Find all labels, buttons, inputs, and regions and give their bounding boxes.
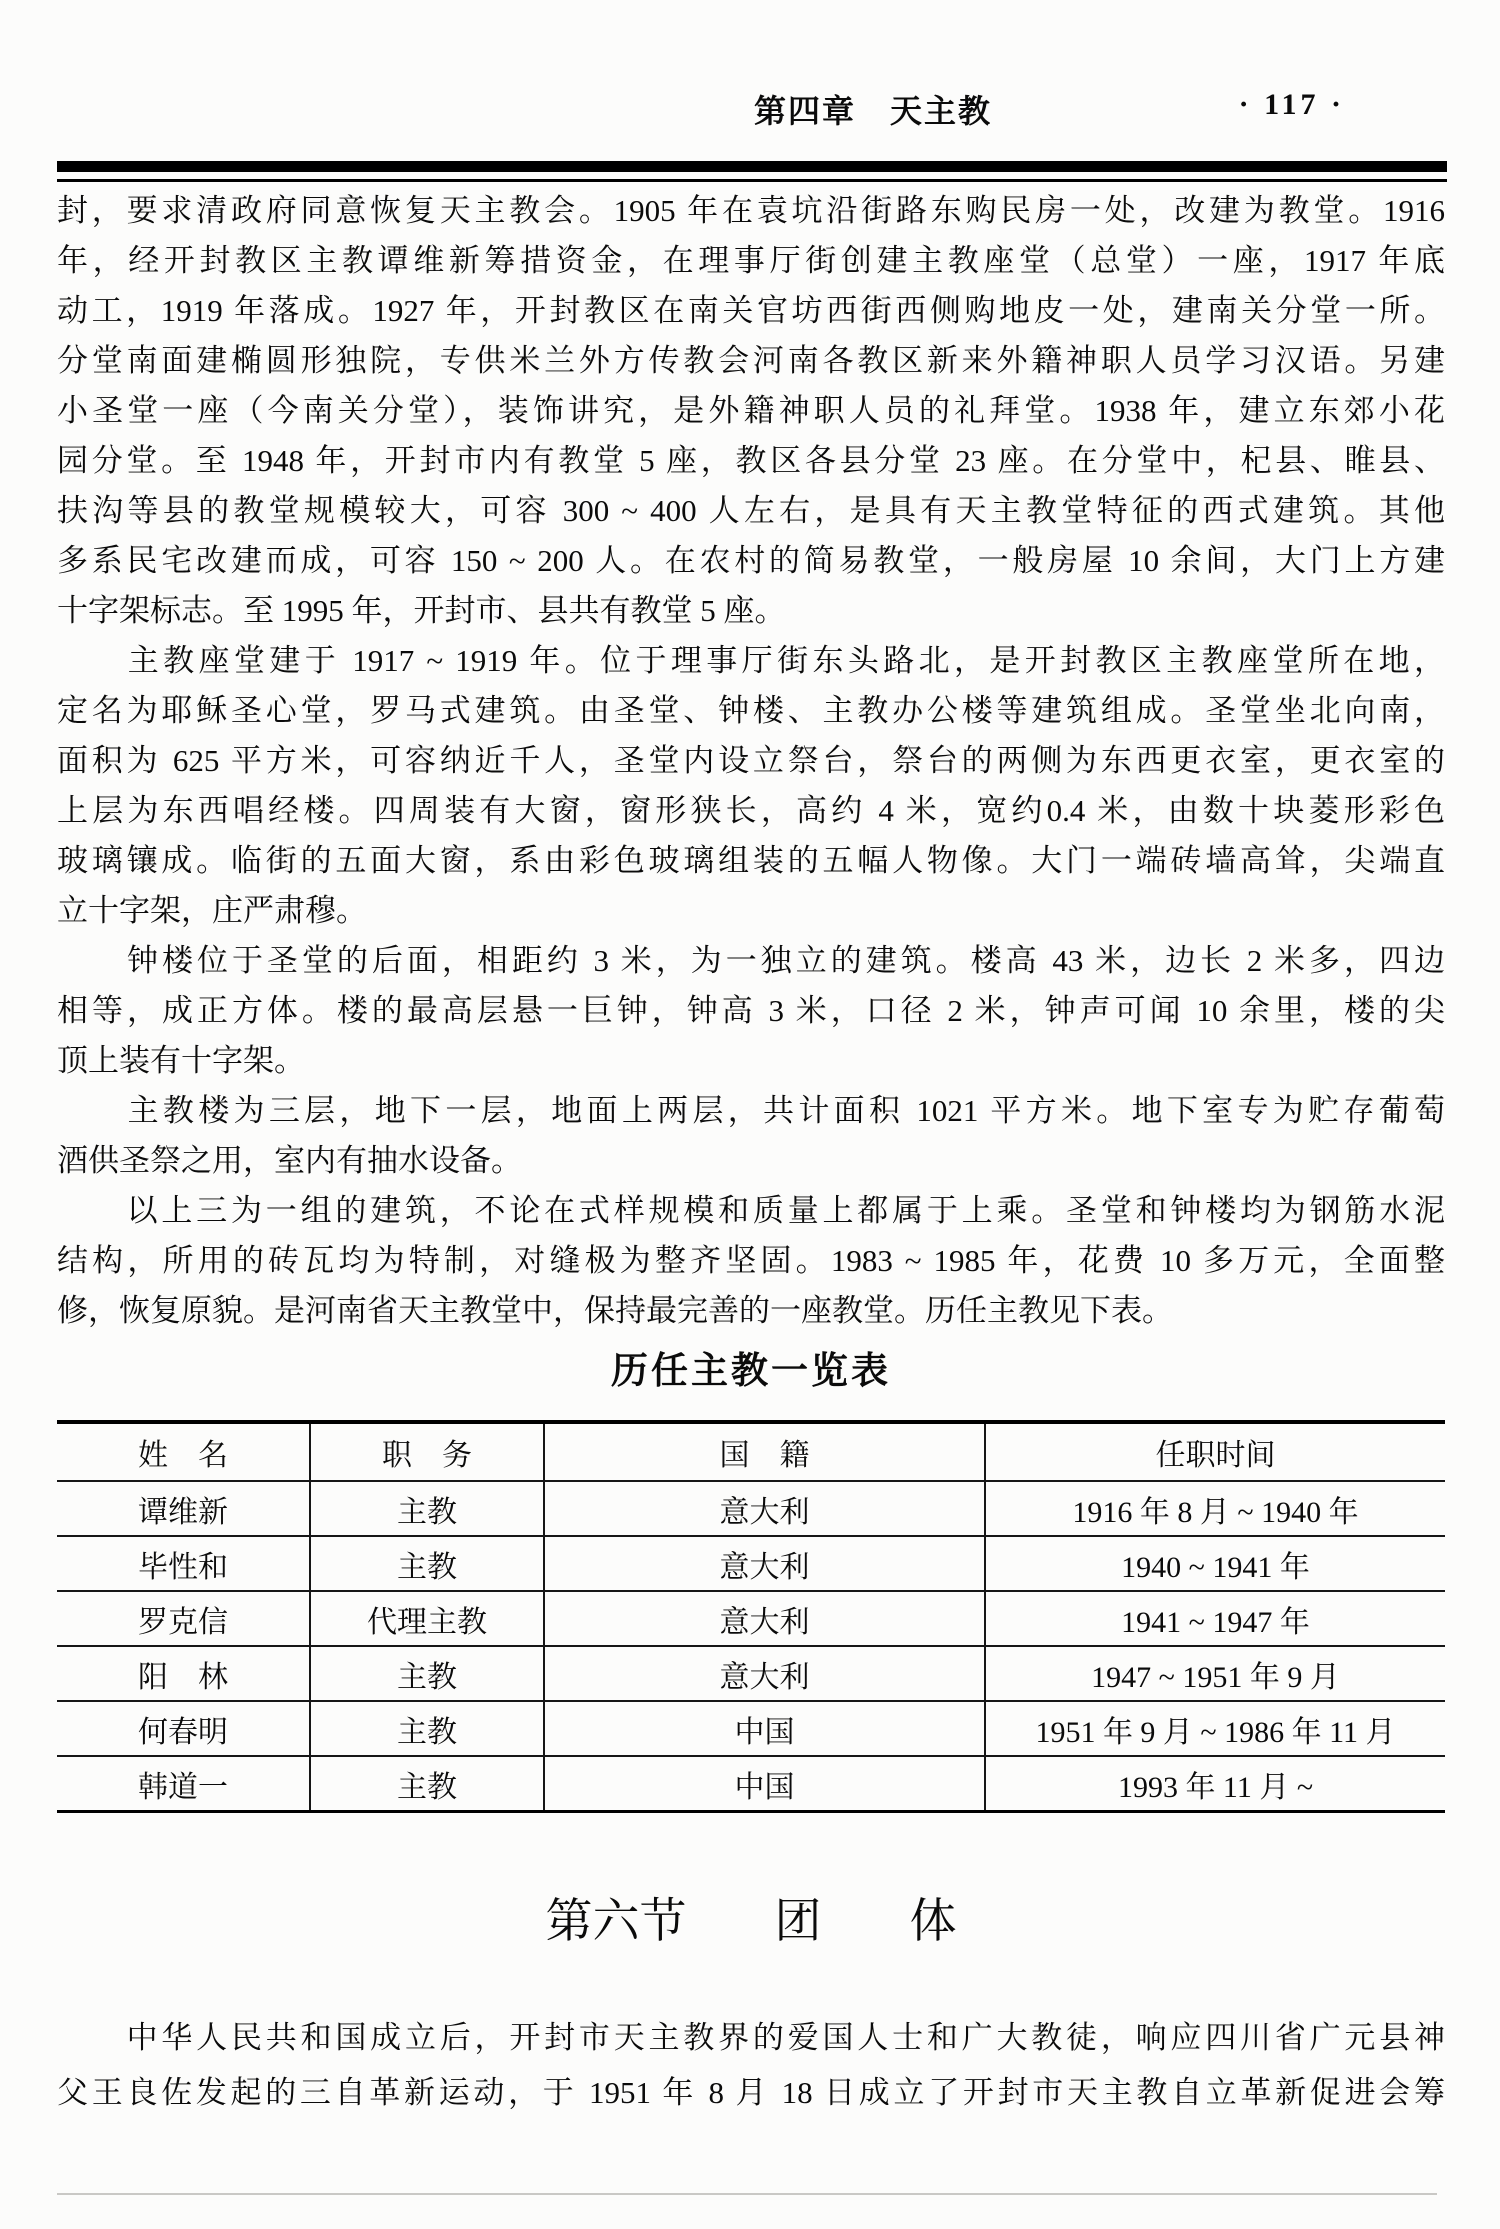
scanned-book-page: 第四章 天主教 · 117 · 封，要求清政府同意恢复天主教会。1905 年在袁… xyxy=(0,0,1500,2229)
table-cell: 阳 林 xyxy=(57,1646,310,1701)
table-row: 谭维新 主教 意大利 1916 年 8 月 ~ 1940 年 xyxy=(57,1481,1445,1536)
table-cell: 主教 xyxy=(310,1536,544,1591)
table-cell: 中国 xyxy=(544,1701,985,1756)
body-line: 相等，成正方体。楼的最高层悬一巨钟，钟高 3 米，口径 2 米，钟声可闻 10 … xyxy=(57,986,1445,1036)
body-line: 十字架标志。至 1995 年，开封市、县共有教堂 5 座。 xyxy=(57,586,1445,636)
body-line: 扶沟等县的教堂规模较大，可容 300 ~ 400 人左右，是具有天主教堂特征的西… xyxy=(57,486,1445,536)
section-title-char: 体 xyxy=(910,1896,957,1948)
header-rule-thick xyxy=(57,161,1447,172)
scan-artifact-line xyxy=(57,2193,1437,2195)
header-rule-thin xyxy=(57,179,1447,182)
body-line: 主教楼为三层，地下一层，地面上两层，共计面积 1021 平方米。地下室专为贮存葡… xyxy=(57,1086,1445,1136)
table-cell: 毕性和 xyxy=(57,1536,310,1591)
table-cell: 主教 xyxy=(310,1701,544,1756)
body-line: 立十字架，庄严肃穆。 xyxy=(57,886,1445,936)
table-cell: 意大利 xyxy=(544,1481,985,1536)
section-number: 第六节 xyxy=(546,1896,687,1948)
table-cell: 何春明 xyxy=(57,1701,310,1756)
table-cell: 意大利 xyxy=(544,1591,985,1646)
table-cell: 意大利 xyxy=(544,1646,985,1701)
body-line: 封，要求清政府同意恢复天主教会。1905 年在袁坑沿街路东购民房一处，改建为教堂… xyxy=(57,186,1445,236)
table-cell: 中国 xyxy=(544,1756,985,1812)
body-line: 定名为耶稣圣心堂，罗马式建筑。由圣堂、钟楼、主教办公楼等建筑组成。圣堂坐北向南， xyxy=(57,686,1445,736)
body-line: 酒供圣祭之用，室内有抽水设备。 xyxy=(57,1136,1445,1186)
table-cell: 谭维新 xyxy=(57,1481,310,1536)
table-header-cell: 姓 名 xyxy=(57,1422,310,1481)
body-line: 修，恢复原貌。是河南省天主教堂中，保持最完善的一座教堂。历任主教见下表。 xyxy=(57,1286,1445,1336)
table-cell: 1916 年 8 月 ~ 1940 年 xyxy=(985,1481,1445,1536)
body-line: 中华人民共和国成立后，开封市天主教界的爱国人士和广大教徒，响应四川省广元县神 xyxy=(57,2010,1445,2065)
table-cell: 韩道一 xyxy=(57,1756,310,1812)
section-heading: 第六节团体 xyxy=(57,1884,1445,1951)
table-header-row: 姓 名 职 务 国 籍 任职时间 xyxy=(57,1422,1445,1481)
table-row: 何春明 主教 中国 1951 年 9 月 ~ 1986 年 11 月 xyxy=(57,1701,1445,1756)
table-row: 罗克信 代理主教 意大利 1941 ~ 1947 年 xyxy=(57,1591,1445,1646)
table-header-cell: 职 务 xyxy=(310,1422,544,1481)
table-header-cell: 任职时间 xyxy=(985,1422,1445,1481)
section-title-char: 团 xyxy=(775,1896,822,1948)
body-line: 结构，所用的砖瓦均为特制，对缝极为整齐坚固。1983 ~ 1985 年，花费 1… xyxy=(57,1236,1445,1286)
table-cell: 代理主教 xyxy=(310,1591,544,1646)
page-number: · 117 · xyxy=(1239,88,1345,122)
body-line: 分堂南面建椭圆形独院，专供米兰外方传教会河南各教区新来外籍神职人员学习汉语。另建 xyxy=(57,336,1445,386)
table-title: 历任主教一览表 xyxy=(57,1340,1445,1394)
table-cell: 1941 ~ 1947 年 xyxy=(985,1591,1445,1646)
section-body-text: 中华人民共和国成立后，开封市天主教界的爱国人士和广大教徒，响应四川省广元县神 父… xyxy=(57,2010,1445,2120)
body-line: 小圣堂一座（今南关分堂），装饰讲究，是外籍神职人员的礼拜堂。1938 年，建立东… xyxy=(57,386,1445,436)
table-row: 阳 林 主教 意大利 1947 ~ 1951 年 9 月 xyxy=(57,1646,1445,1701)
table-cell: 意大利 xyxy=(544,1536,985,1591)
body-line: 主教座堂建于 1917 ~ 1919 年。位于理事厅街东头路北，是开封教区主教座… xyxy=(57,636,1445,686)
body-line: 顶上装有十字架。 xyxy=(57,1036,1445,1086)
table-cell: 主教 xyxy=(310,1756,544,1812)
table-cell: 1947 ~ 1951 年 9 月 xyxy=(985,1646,1445,1701)
body-line: 动工，1919 年落成。1927 年，开封教区在南关官坊西街西侧购地皮一处，建南… xyxy=(57,286,1445,336)
body-text: 封，要求清政府同意恢复天主教会。1905 年在袁坑沿街路东购民房一处，改建为教堂… xyxy=(57,186,1445,1336)
table-cell: 1993 年 11 月 ~ xyxy=(985,1756,1445,1812)
body-line: 玻璃镶成。临街的五面大窗，系由彩色玻璃组装的五幅人物像。大门一端砖墙高耸，尖端直 xyxy=(57,836,1445,886)
table-cell: 1940 ~ 1941 年 xyxy=(985,1536,1445,1591)
body-line: 上层为东西唱经楼。四周装有大窗，窗形狭长，高约 4 米，宽约0.4 米，由数十块… xyxy=(57,786,1445,836)
body-line: 多系民宅改建而成，可容 150 ~ 200 人。在农村的简易教堂，一般房屋 10… xyxy=(57,536,1445,586)
body-line: 以上三为一组的建筑，不论在式样规模和质量上都属于上乘。圣堂和钟楼均为钢筋水泥 xyxy=(57,1186,1445,1236)
body-line: 园分堂。至 1948 年，开封市内有教堂 5 座，教区各县分堂 23 座。在分堂… xyxy=(57,436,1445,486)
table-row: 毕性和 主教 意大利 1940 ~ 1941 年 xyxy=(57,1536,1445,1591)
bishops-table: 姓 名 职 务 国 籍 任职时间 谭维新 主教 意大利 1916 年 8 月 ~… xyxy=(57,1420,1445,1813)
body-line: 年，经开封教区主教谭维新筹措资金，在理事厅街创建主教座堂（总堂）一座，1917 … xyxy=(57,236,1445,286)
table-cell: 主教 xyxy=(310,1481,544,1536)
page-header: 第四章 天主教 · 117 · xyxy=(57,86,1445,128)
body-line: 钟楼位于圣堂的后面，相距约 3 米，为一独立的建筑。楼高 43 米，边长 2 米… xyxy=(57,936,1445,986)
table-row: 韩道一 主教 中国 1993 年 11 月 ~ xyxy=(57,1756,1445,1812)
body-line: 面积为 625 平方米，可容纳近千人，圣堂内设立祭台，祭台的两侧为东西更衣室，更… xyxy=(57,736,1445,786)
table-cell: 罗克信 xyxy=(57,1591,310,1646)
table-cell: 1951 年 9 月 ~ 1986 年 11 月 xyxy=(985,1701,1445,1756)
table-header-cell: 国 籍 xyxy=(544,1422,985,1481)
body-line: 父王良佐发起的三自革新运动，于 1951 年 8 月 18 日成立了开封市天主教… xyxy=(57,2065,1445,2120)
table-cell: 主教 xyxy=(310,1646,544,1701)
